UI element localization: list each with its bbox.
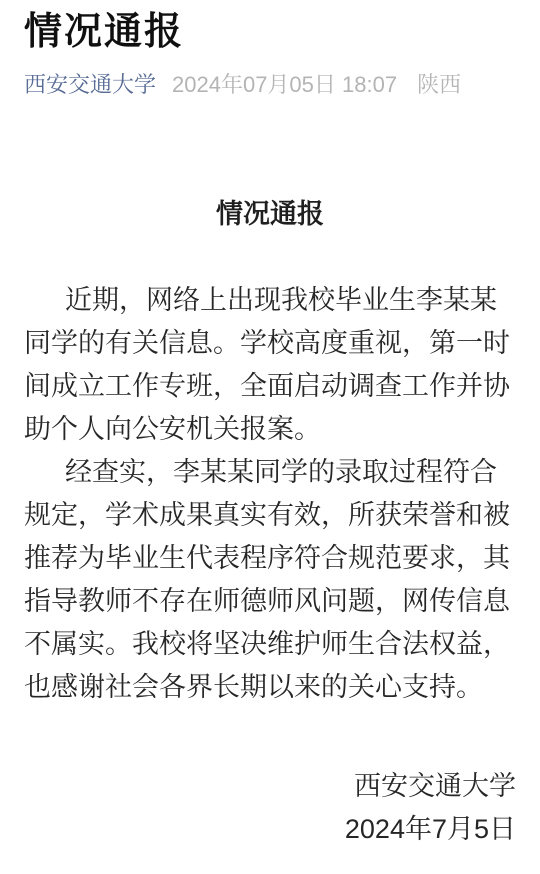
signature-date: 2024年7月5日 — [24, 808, 516, 851]
article-page: 情况通报 西安交通大学2024年07月05日 18:07陕西 情况通报 近期，网… — [0, 0, 540, 874]
article-body: 情况通报 近期，网络上出现我校毕业生李某某同学的有关信息。学校高度重视，第一时间… — [24, 193, 516, 851]
article-paragraph-1: 近期，网络上出现我校毕业生李某某同学的有关信息。学校高度重视，第一时间成立工作专… — [24, 279, 516, 451]
account-name-link[interactable]: 西安交通大学 — [24, 72, 156, 97]
article-meta: 西安交通大学2024年07月05日 18:07陕西 — [24, 71, 516, 99]
page-title: 情况通报 — [24, 8, 516, 57]
publish-location: 陕西 — [417, 72, 461, 97]
signature-org: 西安交通大学 — [24, 765, 516, 808]
publish-datetime: 2024年07月05日 18:07 — [172, 72, 397, 97]
article-heading: 情况通报 — [24, 193, 516, 236]
article-signature: 西安交通大学 2024年7月5日 — [24, 765, 516, 851]
article-paragraph-2: 经查实，李某某同学的录取过程符合规定，学术成果真实有效，所获荣誉和被推荐为毕业生… — [24, 451, 516, 709]
